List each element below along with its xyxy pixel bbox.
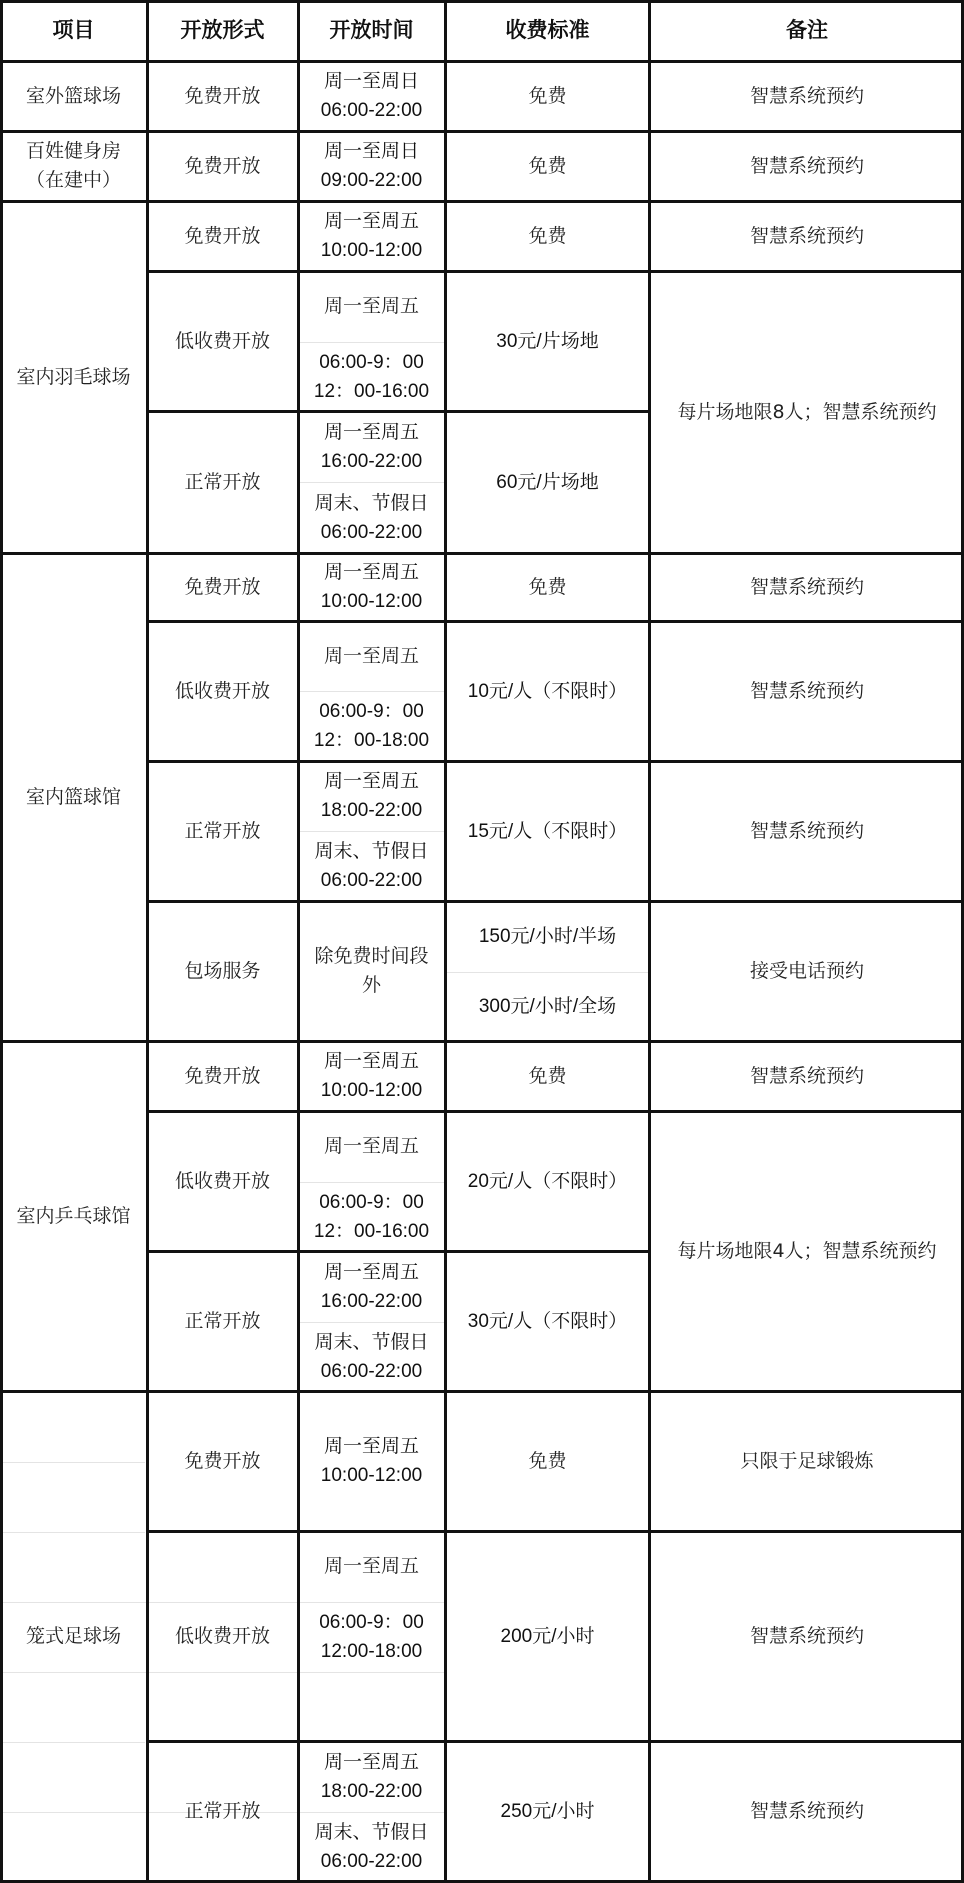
fee-half-court: 150元/小时/半场 [445, 901, 650, 972]
header-mode: 开放形式 [147, 0, 298, 61]
row-divider [0, 552, 964, 555]
open-mode: 免费开放 [147, 1041, 298, 1111]
time-hours: 06:00-9：00 12：00-16:00 [298, 1182, 445, 1251]
fee: 60元/片场地 [445, 411, 650, 553]
time-hours: 10:00-12:00 [321, 587, 422, 616]
open-mode: 低收费开放 [147, 1531, 298, 1741]
open-time-weekend: 周末、节假日 06:00-22:00 [298, 1322, 445, 1391]
note: 智慧系统预约 [650, 553, 964, 621]
time-hours: 06:00-22:00 [321, 1847, 422, 1876]
time-days: 周一至周五 [298, 1111, 445, 1182]
fee: 250元/小时 [445, 1741, 650, 1881]
time-range: 06:00-9：00 [319, 1608, 424, 1637]
time-days: 周一至周日 [324, 137, 419, 166]
time-hours: 06:00-22:00 [321, 1357, 422, 1386]
time-range: 12:00-18:00 [321, 1637, 422, 1666]
row-divider [0, 60, 964, 63]
open-mode: 正常开放 [147, 1741, 298, 1881]
row-divider [147, 1530, 964, 1533]
header-time: 开放时间 [298, 0, 445, 61]
open-mode: 低收费开放 [147, 271, 298, 411]
open-mode: 正常开放 [147, 411, 298, 553]
time-hours: 06:00-9：00 12：00-16:00 [298, 342, 445, 411]
time-text: 外 [362, 971, 381, 1000]
fee: 免费 [445, 201, 650, 271]
fee: 20元/人（不限时） [445, 1111, 650, 1251]
open-time: 除免费时间段 外 [298, 901, 445, 1041]
open-time: 周一至周五 10:00-12:00 [298, 1041, 445, 1111]
time-text: 除免费时间段 [314, 942, 428, 971]
note: 智慧系统预约 [650, 621, 964, 761]
time-days: 周一至周五 [324, 1432, 419, 1461]
row-divider [147, 760, 964, 763]
time-range: 12：00-16:00 [314, 1217, 429, 1246]
time-hours: 18:00-22:00 [321, 796, 422, 825]
venue-name: 室内乒乓球馆 [0, 1041, 147, 1391]
open-mode: 正常开放 [147, 761, 298, 901]
time-days: 周一至周日 [324, 67, 419, 96]
fee: 免费 [445, 1041, 650, 1111]
time-hours: 10:00-12:00 [321, 236, 422, 265]
time-days: 周末、节假日 [314, 1328, 428, 1357]
row-divider [147, 1740, 964, 1743]
col-divider [444, 0, 447, 1883]
note: 智慧系统预约 [650, 61, 964, 131]
header-item: 项目 [0, 0, 147, 61]
row-divider [147, 1250, 650, 1253]
note: 智慧系统预约 [650, 1041, 964, 1111]
time-hours: 06:00-22:00 [321, 866, 422, 895]
row-divider [147, 900, 964, 903]
open-time-weekend: 周末、节假日 06:00-22:00 [298, 831, 445, 901]
time-hours: 06:00-9：00 12:00-18:00 [298, 1602, 445, 1672]
time-hours: 06:00-22:00 [321, 96, 422, 125]
open-time-weekend: 周末、节假日 06:00-22:00 [298, 482, 445, 553]
time-range: 12：00-18:00 [314, 726, 429, 755]
note: 接受电话预约 [650, 901, 964, 1041]
border-left [0, 0, 3, 1883]
open-mode: 正常开放 [147, 1251, 298, 1391]
open-time-weekday: 周一至周五 18:00-22:00 [298, 761, 445, 831]
shared-note: 每片场地限8人；智慧系统预约 [650, 271, 964, 553]
col-divider [648, 0, 651, 1883]
time-days: 周末、节假日 [314, 489, 428, 518]
note: 智慧系统预约 [650, 201, 964, 271]
fee: 免费 [445, 61, 650, 131]
fee: 200元/小时 [445, 1531, 650, 1741]
note: 智慧系统预约 [650, 1741, 964, 1881]
row-divider [147, 620, 964, 623]
venue-name: 室内羽毛球场 [0, 201, 147, 553]
open-mode: 免费开放 [147, 1391, 298, 1531]
fee: 免费 [445, 1391, 650, 1531]
time-range: 06:00-9：00 [319, 1188, 424, 1217]
open-mode: 免费开放 [147, 201, 298, 271]
time-range: 12：00-16:00 [314, 377, 429, 406]
time-hours: 06:00-22:00 [321, 518, 422, 547]
fee: 10元/人（不限时） [445, 621, 650, 761]
fee: 30元/人（不限时） [445, 1251, 650, 1391]
note: 智慧系统预约 [650, 761, 964, 901]
open-time: 周一至周五 10:00-12:00 [298, 553, 445, 621]
open-time: 周一至周日 06:00-22:00 [298, 61, 445, 131]
header-fee: 收费标准 [445, 0, 650, 61]
col-divider [297, 0, 300, 1883]
open-time-weekday: 周一至周五 16:00-22:00 [298, 1251, 445, 1322]
time-days: 周末、节假日 [314, 837, 428, 866]
col-divider [146, 0, 149, 1883]
open-mode: 低收费开放 [147, 1111, 298, 1251]
time-hours: 16:00-22:00 [321, 447, 422, 476]
open-time-weekday: 周一至周五 16:00-22:00 [298, 411, 445, 482]
time-hours: 10:00-12:00 [321, 1461, 422, 1490]
fee: 15元/人（不限时） [445, 761, 650, 901]
fee: 免费 [445, 553, 650, 621]
open-mode: 免费开放 [147, 131, 298, 201]
time-days: 周一至周五 [324, 1258, 419, 1287]
time-days: 周一至周五 [324, 558, 419, 587]
shared-note: 每片场地限4人；智慧系统预约 [650, 1111, 964, 1391]
venue-name-line: 百姓健身房 [26, 137, 121, 166]
time-range: 06:00-9：00 [319, 697, 424, 726]
note: 智慧系统预约 [650, 131, 964, 201]
row-divider [0, 1040, 964, 1043]
time-days: 周一至周五 [298, 621, 445, 691]
time-days: 周一至周五 [298, 271, 445, 342]
note: 只限于足球锻炼 [650, 1391, 964, 1531]
open-time: 周一至周日 09:00-22:00 [298, 131, 445, 201]
open-time: 周一至周五 10:00-12:00 [298, 1391, 445, 1531]
time-days: 周一至周五 [324, 1047, 419, 1076]
time-hours: 18:00-22:00 [321, 1777, 422, 1806]
open-mode: 包场服务 [147, 901, 298, 1041]
row-divider [147, 1110, 964, 1113]
open-mode: 低收费开放 [147, 621, 298, 761]
open-time-weekend: 周末、节假日 06:00-22:00 [298, 1812, 445, 1881]
header-note: 备注 [650, 0, 964, 61]
row-divider [0, 200, 964, 203]
fee-full-court: 300元/小时/全场 [445, 972, 650, 1041]
time-days: 周一至周五 [324, 1748, 419, 1777]
row-divider [0, 130, 964, 133]
time-range: 06:00-9：00 [319, 348, 424, 377]
venue-name: 室内篮球馆 [0, 553, 147, 1041]
open-time-weekday: 周一至周五 18:00-22:00 [298, 1741, 445, 1812]
note: 智慧系统预约 [650, 1531, 964, 1741]
open-time: 周一至周五 10:00-12:00 [298, 201, 445, 271]
time-hours: 09:00-22:00 [321, 166, 422, 195]
time-days: 周一至周五 [324, 767, 419, 796]
time-hours: 10:00-12:00 [321, 1076, 422, 1105]
fee: 30元/片场地 [445, 271, 650, 411]
open-mode: 免费开放 [147, 61, 298, 131]
time-days: 周一至周五 [324, 418, 419, 447]
venue-name: 百姓健身房 （在建中） [0, 131, 147, 201]
time-days: 周末、节假日 [314, 1818, 428, 1847]
time-days: 周一至周五 [324, 207, 419, 236]
time-days: 周一至周五 [298, 1531, 445, 1602]
open-mode: 免费开放 [147, 553, 298, 621]
row-divider [147, 410, 650, 413]
border-top [0, 0, 964, 3]
venue-name: 笼式足球场 [0, 1391, 147, 1881]
row-divider [147, 270, 964, 273]
fee: 免费 [445, 131, 650, 201]
row-divider [0, 1390, 964, 1393]
time-hours: 16:00-22:00 [321, 1287, 422, 1316]
venue-status: （在建中） [26, 166, 121, 195]
venue-name: 室外篮球场 [0, 61, 147, 131]
time-hours: 06:00-9：00 12：00-18:00 [298, 691, 445, 761]
